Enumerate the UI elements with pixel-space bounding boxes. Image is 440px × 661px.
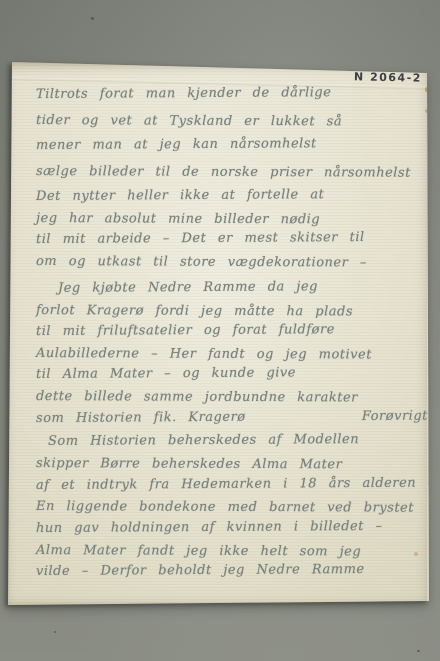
handwritten-line: sælge billeder til de norske priser nårs… (36, 159, 423, 186)
handwritten-line: Det nytter heller ikke at fortelle at (36, 184, 423, 208)
letter-paragraph: Jeg kjøbte Nedre Ramme da jegforlot Krag… (36, 278, 423, 429)
letter-paragraph: Det nytter heller ikke at fortelle atjeg… (36, 186, 423, 272)
letter-paragraph: Som Historien beherskedes af Modellenski… (36, 431, 423, 583)
handwritten-line: af et indtryk fra Hedemarken i 18 års al… (36, 472, 423, 496)
handwritten-line: Som Historien beherskedes af Modellen (36, 429, 423, 453)
photo-background: N 2064-2 Tiltrots forat man kjender de d… (0, 0, 440, 661)
background-speck (417, 650, 420, 652)
handwritten-line: til mit arbeide – Det er mest skitser ti… (36, 227, 423, 251)
rust-stain (425, 109, 430, 113)
handwritten-line: hun gav holdningen af kvinnen i billedet… (36, 516, 423, 540)
handwritten-line: om og utkast til store vægdekorationer – (36, 251, 423, 274)
background-speck (54, 631, 56, 633)
handwritten-line: til Alma Mater – og kunde give (36, 362, 423, 386)
background-speck (91, 17, 94, 20)
letter-paper: N 2064-2 Tiltrots forat man kjender de d… (8, 62, 429, 605)
rust-stain (414, 552, 418, 556)
letter-text: Tiltrots forat man kjender de dårligetid… (8, 62, 429, 583)
handwritten-line: til mit friluftsatelier og forat fuldfør… (36, 319, 423, 343)
handwritten-line: mener man at jeg kan nårsomhelst (36, 131, 423, 159)
rust-stain (427, 100, 430, 104)
letter-paragraph: Tiltrots forat man kjender de dårligetid… (36, 82, 423, 184)
handwritten-line: Tiltrots forat man kjender de dårlige (36, 80, 423, 108)
rust-stain (425, 87, 429, 92)
handwritten-line: som Historien fik. Kragerø Forøvrigt (36, 405, 423, 429)
handwritten-line: vilde – Derfor beholdt jeg Nedre Ramme (36, 559, 423, 583)
handwritten-line: Jeg kjøbte Nedre Ramme da jeg (36, 276, 423, 300)
